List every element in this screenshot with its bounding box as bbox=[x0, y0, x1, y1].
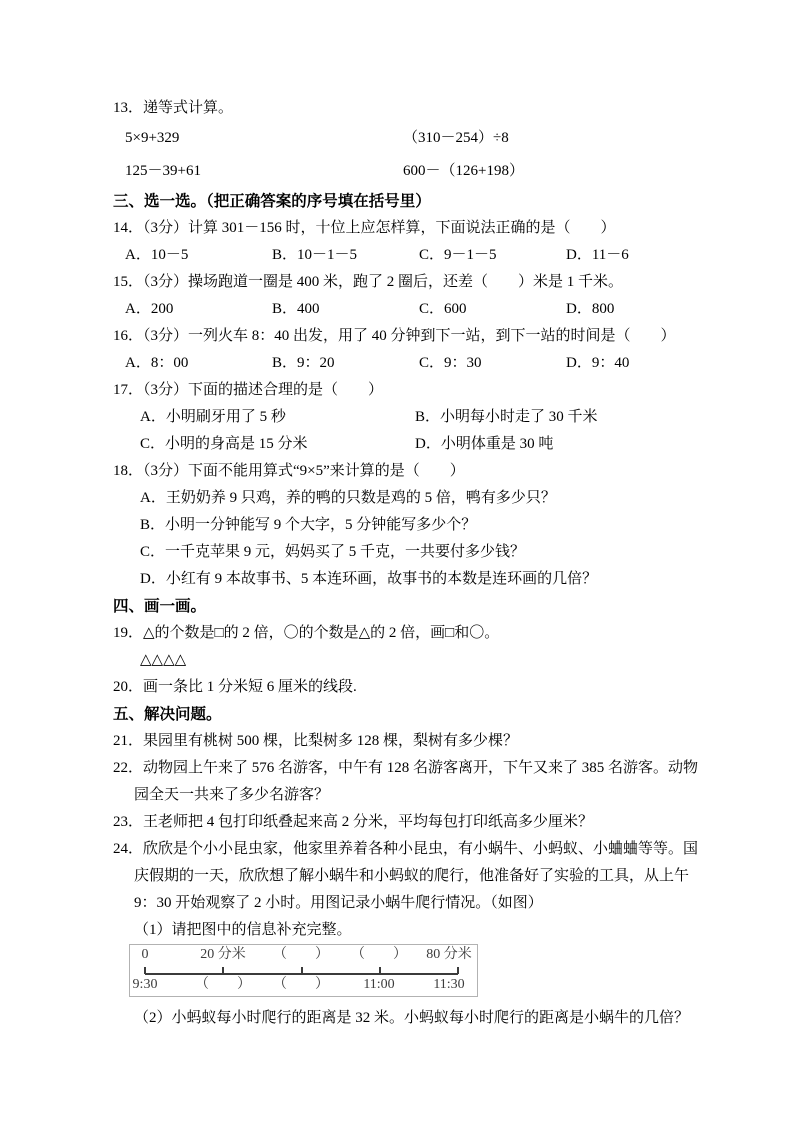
time-label-blank-1: （ ） bbox=[195, 977, 251, 993]
option-b: B．10－1－5 bbox=[272, 242, 419, 269]
question-17-options-row-1: A．小明刷牙用了 5 秒 B．小明每小时走了 30 千米 bbox=[113, 404, 686, 431]
question-15: 15．（3分）操场跑道一圈是 400 米，跑了 2 圈后，还差（ ）米是 1 千… bbox=[113, 269, 686, 296]
option-a: A．10－5 bbox=[125, 242, 272, 269]
distance-label-20: 20 分米 bbox=[200, 947, 246, 963]
question-24-sub-2: （2）小蚂蚁每小时爬行的距离是 32 米。小蚂蚁每小时爬行的距离是小蜗牛的几倍？ bbox=[113, 1005, 686, 1032]
triangle-shapes: △△△△ bbox=[113, 647, 686, 674]
option-c: C．小明的身高是 15 分米 bbox=[140, 431, 415, 458]
question-18-option-b: B．小明一分钟能写 9 个大字，5 分钟能写多少个？ bbox=[113, 512, 686, 539]
distance-label-80: 80 分米 bbox=[426, 947, 472, 963]
axis-tick bbox=[301, 967, 303, 974]
option-b: B．9：20 bbox=[272, 350, 419, 377]
option-c: C．9：30 bbox=[419, 350, 566, 377]
option-a: A．小明刷牙用了 5 秒 bbox=[140, 404, 415, 431]
question-18-option-c: C．一千克苹果 9 元，妈妈买了 5 千克，一共要付多少钱？ bbox=[113, 539, 686, 566]
question-20: 20．画一条比 1 分米短 6 厘米的线段. bbox=[113, 674, 686, 701]
time-label-930: 9:30 bbox=[133, 977, 158, 993]
question-18-option-a: A．王奶奶养 9 只鸡，养的鸭的只数是鸡的 5 倍，鸭有多少只？ bbox=[113, 485, 686, 512]
number-line-axis bbox=[145, 973, 458, 975]
question-24-line-3: 9：30 开始观察了 2 小时。用图记录小蜗牛爬行情况。（如图） bbox=[113, 890, 686, 917]
question-21: 21．果园里有桃树 500 棵，比梨树多 128 棵，梨树有多少棵？ bbox=[113, 728, 686, 755]
calc-expression-2: （310－254）÷8 bbox=[403, 122, 509, 155]
option-d: D．9：40 bbox=[566, 350, 713, 377]
option-b: B．小明每小时走了 30 千米 bbox=[415, 404, 598, 431]
question-17: 17．（3分）下面的描述合理的是（ ） bbox=[113, 377, 686, 404]
time-label-1100: 11:00 bbox=[363, 977, 394, 993]
distance-label-0: 0 bbox=[142, 947, 149, 963]
question-22-line-1: 22．动物园上午来了 576 名游客，中午有 128 名游客离开，下午又来了 3… bbox=[113, 755, 686, 782]
option-c: C．9－1－5 bbox=[419, 242, 566, 269]
question-18-option-d: D．小红有 9 本故事书、5 本连环画，故事书的本数是连环画的几倍？ bbox=[113, 566, 686, 593]
calc-row-2: 125－39+61 600－（126+198） bbox=[113, 155, 686, 188]
question-23: 23．王老师把 4 包打印纸叠起来高 2 分米，平均每包打印纸高多少厘米？ bbox=[113, 809, 686, 836]
option-c: C．600 bbox=[419, 296, 566, 323]
axis-tick bbox=[457, 967, 459, 974]
option-d: D．800 bbox=[566, 296, 713, 323]
option-b: B．400 bbox=[272, 296, 419, 323]
calc-row-1: 5×9+329 （310－254）÷8 bbox=[113, 122, 686, 155]
option-d: D．11－6 bbox=[566, 242, 713, 269]
diagram-time-labels: 9:30 （ ） （ ） 11:00 11:30 bbox=[145, 977, 457, 993]
question-17-options-row-2: C．小明的身高是 15 分米 D．小明体重是 30 吨 bbox=[113, 431, 686, 458]
question-14-options: A．10－5 B．10－1－5 C．9－1－5 D．11－6 bbox=[113, 242, 686, 269]
option-a: A．8：00 bbox=[125, 350, 272, 377]
section-5-heading: 五、解决问题。 bbox=[113, 701, 686, 728]
question-24-sub-1: （1）请把图中的信息补充完整。 bbox=[113, 917, 686, 944]
calc-expression-1: 5×9+329 bbox=[125, 130, 179, 146]
question-15-options: A．200 B．400 C．600 D．800 bbox=[113, 296, 686, 323]
question-24-line-1: 24．欣欣是个小小昆虫家，他家里养着各种小昆虫，有小蜗牛、小蚂蚁、小蛐蛐等等。国 bbox=[113, 836, 686, 863]
time-label-blank-2: （ ） bbox=[273, 977, 329, 993]
calc-expression-4: 600－（126+198） bbox=[403, 155, 524, 188]
exam-page: 13．递等式计算。 5×9+329 （310－254）÷8 125－39+61 … bbox=[0, 0, 794, 1032]
question-19: 19．△的个数是□的 2 倍，〇的个数是△的 2 倍，画□和〇。 bbox=[113, 620, 686, 647]
option-d: D．小明体重是 30 吨 bbox=[415, 431, 553, 458]
diagram-distance-labels: 0 20 分米 （ ） （ ） 80 分米 bbox=[145, 947, 457, 963]
section-4-heading: 四、画一画。 bbox=[113, 593, 686, 620]
option-a: A．200 bbox=[125, 296, 272, 323]
time-label-1130: 11:30 bbox=[433, 977, 464, 993]
question-18: 18．（3分）下面不能用算式“9×5”来计算的是（ ） bbox=[113, 458, 686, 485]
question-16: 16．（3分）一列火车 8：40 出发，用了 40 分钟到下一站，到下一站的时间… bbox=[113, 323, 686, 350]
snail-crawl-diagram: 0 20 分米 （ ） （ ） 80 分米 9:30 （ ） （ ） 11:00… bbox=[129, 944, 478, 997]
calc-expression-3: 125－39+61 bbox=[125, 163, 201, 179]
question-16-options: A．8：00 B．9：20 C．9：30 D．9：40 bbox=[113, 350, 686, 377]
axis-tick bbox=[379, 967, 381, 974]
axis-tick bbox=[222, 967, 224, 974]
question-14: 14．（3分）计算 301－156 时，十位上应怎样算，下面说法正确的是（ ） bbox=[113, 215, 686, 242]
section-3-heading: 三、选一选。（把正确答案的序号填在括号里） bbox=[113, 188, 686, 215]
question-13: 13．递等式计算。 bbox=[113, 95, 686, 122]
axis-tick bbox=[144, 967, 146, 974]
distance-label-blank-2: （ ） bbox=[351, 947, 407, 963]
question-22-line-2: 园全天一共来了多少名游客？ bbox=[113, 782, 686, 809]
question-24-line-2: 庆假期的一天，欣欣想了解小蜗牛和小蚂蚁的爬行，他准备好了实验的工具，从上午 bbox=[113, 863, 686, 890]
distance-label-blank-1: （ ） bbox=[273, 947, 329, 963]
